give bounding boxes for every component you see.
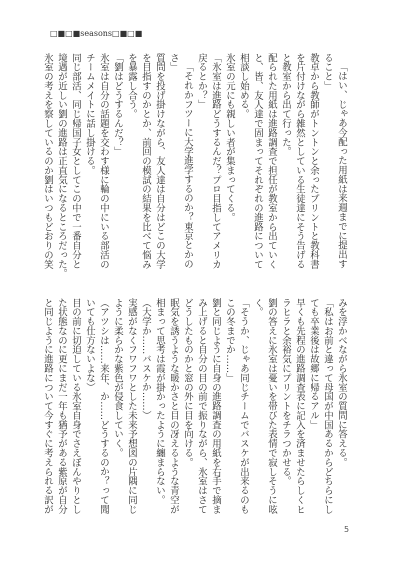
text-line: ること」 xyxy=(320,53,334,269)
text-line: どうしたものかと窓の外に目を向ける。 xyxy=(180,298,194,514)
text-line: ラヒラと余裕気にプリントをチラつかせる。 xyxy=(278,298,292,514)
text-line: 配られた用紙は進路調査で担任が教室から出ていく xyxy=(264,53,278,269)
text-line: く。 xyxy=(250,298,264,514)
text-line: 同じ部活、同じ帰国子女としてこの中で一番自分と xyxy=(68,53,82,269)
text-line: チームメイトに話し掛ける。 xyxy=(82,53,96,269)
text-line: 境遇が近しい劉の進路は正直気になるところだった。 xyxy=(54,53,68,269)
text-line: 教卓から教師がトントンと余ったプリントと教科書 xyxy=(306,53,320,269)
page-number: 5 xyxy=(344,525,349,535)
text-line: と同じように進路について今すぐに考えられる訳が xyxy=(40,298,54,514)
text-line: を目指すのかとか、前回の模試の結果を比べて悩み xyxy=(138,53,152,269)
lower-tier-text: みを浮かべながら氷室の質問に答える。 「私はお前と違って母国が中国あるからどちら… xyxy=(40,298,348,514)
text-line: 実感がなくフワフワとした未来予想図の片隅に同じ xyxy=(124,298,138,514)
text-line: 相談し始める。 xyxy=(236,53,250,269)
text-line: 眠気を誘うような暖かさと目の冴えるような青空が xyxy=(166,298,180,514)
text-line: を暴露し合う。 xyxy=(124,53,138,269)
text-line: みを浮かべながら氷室の質問に答える。 xyxy=(334,298,348,514)
book-page: □■□■seasons□■□■ 「はい、じゃあ今配った用紙は来週までに提出す る… xyxy=(0,0,400,571)
text-line: と教室から出て行った。 xyxy=(278,53,292,269)
text-line: 「私はお前と違って母国が中国あるからどちらにし xyxy=(320,298,334,514)
text-line: 「はい、じゃあ今配った用紙は来週までに提出す xyxy=(334,53,348,269)
text-line: 目の前に切迫している氷室自身でさえぼんやりとし xyxy=(68,298,82,514)
text-line: 相まって思考は霞が掛かったように纏まらない。 xyxy=(152,298,166,514)
text-line: 劉と同じように自身の進路調査の用紙を右手で摘ま xyxy=(208,298,222,514)
text-line: 劉の答えに氷室は憂いを帯びた表情で寂しそうに呟 xyxy=(264,298,278,514)
text-line: いても仕方ないよな） xyxy=(82,298,96,514)
upper-tier-text: 「はい、じゃあ今配った用紙は来週までに提出す ること」 教卓から教師がトントンと… xyxy=(40,53,348,269)
text-line: （大学か……バスケか……） xyxy=(138,298,152,514)
text-line: 「それかフツーに大学進学するのか？東京とかの xyxy=(180,53,194,269)
text-line: と、皆、友人達で固まってそれぞれの進路について xyxy=(250,53,264,269)
text-line: 質問を投げ掛けながら、友人達は自分はどこの大学 xyxy=(152,53,166,269)
text-line: た状態なのに更にまだ一年も猶予がある紫原が自分 xyxy=(54,298,68,514)
text-line: ように柔らかな紫色が侵食していく。 xyxy=(110,298,124,514)
text-line: み上げると自分の目の前で振りながら、氷室はさて xyxy=(194,298,208,514)
text-line: 「そうか、じゃあ同じチームでバスケが出来るのも xyxy=(236,298,250,514)
text-line: （アツシは……来年、か……どうするのか？って聞 xyxy=(96,298,110,514)
text-line: を片付けながら雑然としている生徒達にそう告げる xyxy=(292,53,306,269)
text-line: 「氷室は進路どうするんだ？プロ目指してアメリカ xyxy=(208,53,222,269)
text-line: 氷室の元にも親しい者が集まってくる。 xyxy=(222,53,236,269)
text-line: 「劉はどうするんだ？」 xyxy=(110,53,124,269)
text-line: 氷室は自分の話題を交わす様に輪の中にいる部活の xyxy=(96,53,110,269)
text-line: ても卒業後は故郷に帰るアル」 xyxy=(306,298,320,514)
text-line: さ」 xyxy=(166,53,180,269)
running-head: □■□■seasons□■□■ xyxy=(50,29,142,39)
text-line: 氷室の考えを察しているのか劉はいつもどおりの笑 xyxy=(40,53,54,269)
text-line: 戻るとか？」 xyxy=(194,53,208,269)
text-line: この冬までか……」 xyxy=(222,298,236,514)
text-line: 早くも先程の進路調査表に記入を済ませたらしくヒ xyxy=(292,298,306,514)
